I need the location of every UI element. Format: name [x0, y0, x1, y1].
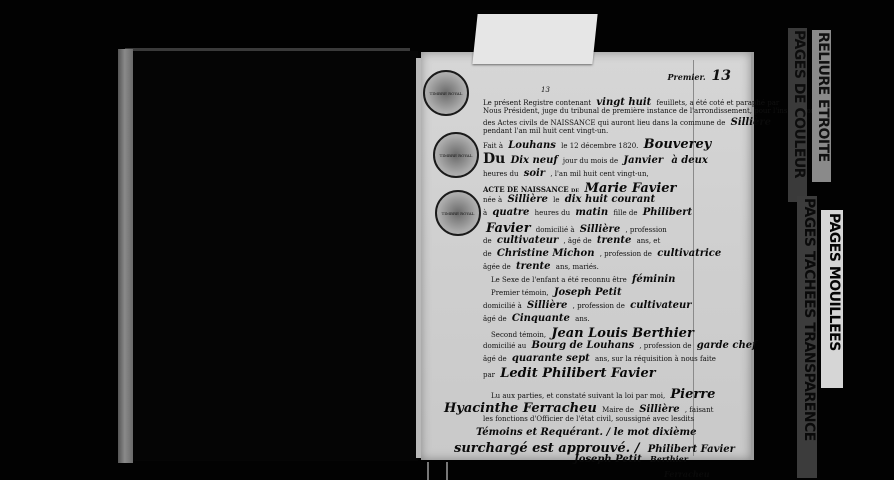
- record-line: âgé de Cinquante ans.: [483, 314, 590, 324]
- archive-label-pages-tachees: PAGES TACHEES TRANSPARENCE: [797, 196, 817, 478]
- record-line-witness-1: Premier témoin, Joseph Petit: [491, 288, 625, 298]
- record-line: âgé de quarante sept ans, sur la réquisi…: [483, 354, 716, 364]
- preamble-date-line: Fait à Louhans le 12 décembre 1820. Bouv…: [483, 138, 714, 151]
- record-line: Du Dix neuf jour du mois de Janvier à de…: [483, 152, 711, 166]
- signature-line: Joseph Petit Berthier: [571, 455, 691, 465]
- signature-mayor: Ferracheu: [661, 470, 713, 479]
- paper-slip-bookmark: [472, 14, 597, 64]
- folio-number: 13: [712, 68, 731, 84]
- closing-line: Lu aux parties, et constaté suivant la l…: [491, 388, 718, 401]
- record-line-requerant: par Ledit Philibert Favier: [483, 367, 659, 380]
- preamble-line: pendant l'an mil huit cent vingt-un.: [483, 128, 608, 135]
- scan-artifact-line: [446, 462, 448, 480]
- signature-witness-1: Joseph Petit: [574, 454, 642, 465]
- record-line-sex: Le Sexe de l'enfant a été reconnu être f…: [491, 275, 678, 285]
- closing-line: Témoins et Requérant. / le mot dixième: [473, 428, 699, 438]
- folio-mark: 13: [541, 86, 550, 94]
- judge-signature: Bouverey: [644, 137, 712, 152]
- tax-stamp-icon: TIMBRE ROYAL: [423, 70, 469, 116]
- register-spine: [118, 49, 133, 463]
- register-page: Premier. 13 13 TIMBRE ROYAL TIMBRE ROYAL…: [421, 52, 754, 460]
- record-line-witness-2: Second témoin, Jean Louis Berthier: [491, 327, 697, 340]
- record-line: âgée de trente ans, mariés.: [483, 262, 599, 272]
- archive-label-reliure-etroite: RELIURE ETROITE: [812, 30, 831, 182]
- record-line: née à Sillière le dix huit courant: [483, 195, 658, 205]
- record-line: de cultivateur , âgé de trente ans, et: [483, 236, 660, 246]
- page-header-label: Premier.: [668, 72, 706, 82]
- archive-label-pages-mouillees: PAGES MOUILLEES: [821, 210, 843, 388]
- record-line: à quatre heures du matin fille de Philib…: [483, 208, 695, 218]
- archive-label-pages-de-couleur: PAGES DE COULEUR: [788, 28, 807, 202]
- closing-line: Hyacinthe Ferracheu Maire de Sillière , …: [441, 402, 713, 415]
- tax-stamp-icon: TIMBRE ROYAL: [435, 190, 481, 236]
- record-line: domicilié à Sillière , profession de cul…: [483, 301, 695, 311]
- tax-stamp-icon: TIMBRE ROYAL: [433, 132, 479, 178]
- signature-witness-2: Berthier: [650, 454, 688, 464]
- record-line: domicilié au Bourg de Louhans , professi…: [483, 341, 759, 351]
- preamble-line: Nous Président, juge du tribunal de prem…: [483, 108, 815, 115]
- record-line: heures du soir , l'an mil huit cent ving…: [483, 169, 649, 179]
- register-cover-board: [133, 51, 418, 461]
- closing-line: les fonctions d'Officier de l'état civil…: [483, 416, 694, 423]
- record-line: de Christine Michon , profession de cult…: [483, 249, 724, 259]
- archival-scan: Premier. 13 13 TIMBRE ROYAL TIMBRE ROYAL…: [0, 0, 894, 480]
- record-line: Favier domicilié à Sillière , profession: [483, 222, 667, 235]
- page-header: Premier. 13: [668, 68, 731, 84]
- scan-artifact-line: [427, 462, 429, 480]
